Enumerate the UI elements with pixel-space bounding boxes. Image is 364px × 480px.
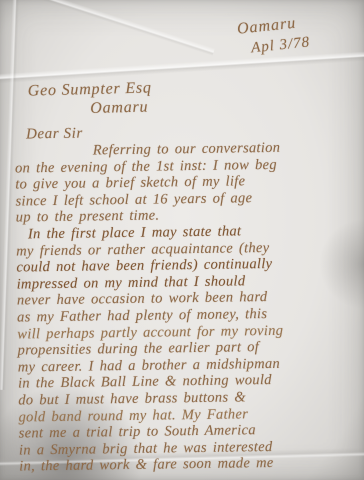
letter-salutation: Dear Sir (26, 126, 83, 144)
letter-heading: Oamaru Apl 3/78 (236, 12, 311, 59)
paper-crease (0, 49, 364, 85)
letter-addressee-block: Geo Sumpter Esq Oamaru (28, 78, 153, 119)
letter-photo: Oamaru Apl 3/78 Geo Sumpter Esq Oamaru D… (0, 0, 364, 480)
letter-body: Referring to our conversation on the eve… (15, 139, 364, 476)
addressee-place: Oamaru (90, 97, 152, 118)
paper-crease (0, 0, 215, 56)
letter-paper: Oamaru Apl 3/78 Geo Sumpter Esq Oamaru D… (0, 0, 364, 480)
letter-line: in, the hard work & fare soon made me (19, 454, 364, 476)
